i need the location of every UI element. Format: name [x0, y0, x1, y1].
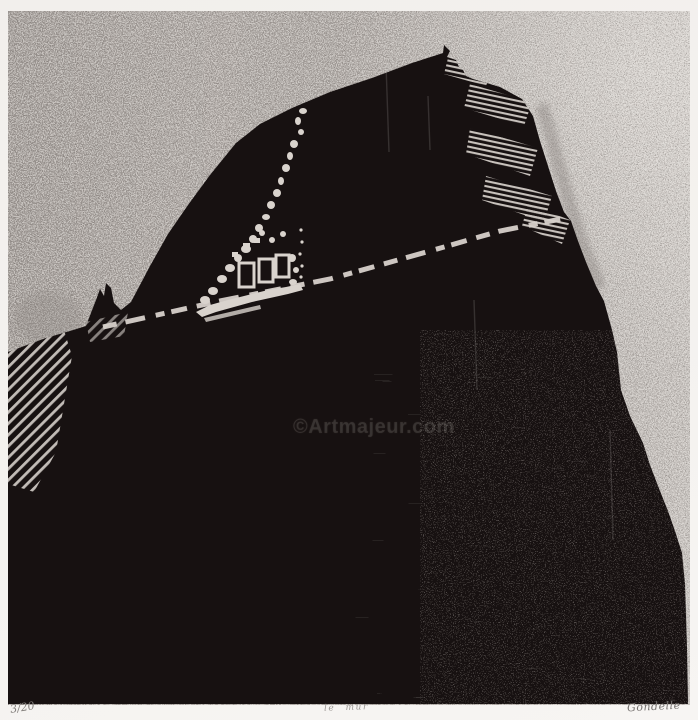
artwork-photo: ©Artmajeur.com 3/20 le mur Gondelle: [0, 0, 698, 720]
title-inscription: le mur: [324, 702, 369, 714]
print-image: [0, 0, 698, 720]
